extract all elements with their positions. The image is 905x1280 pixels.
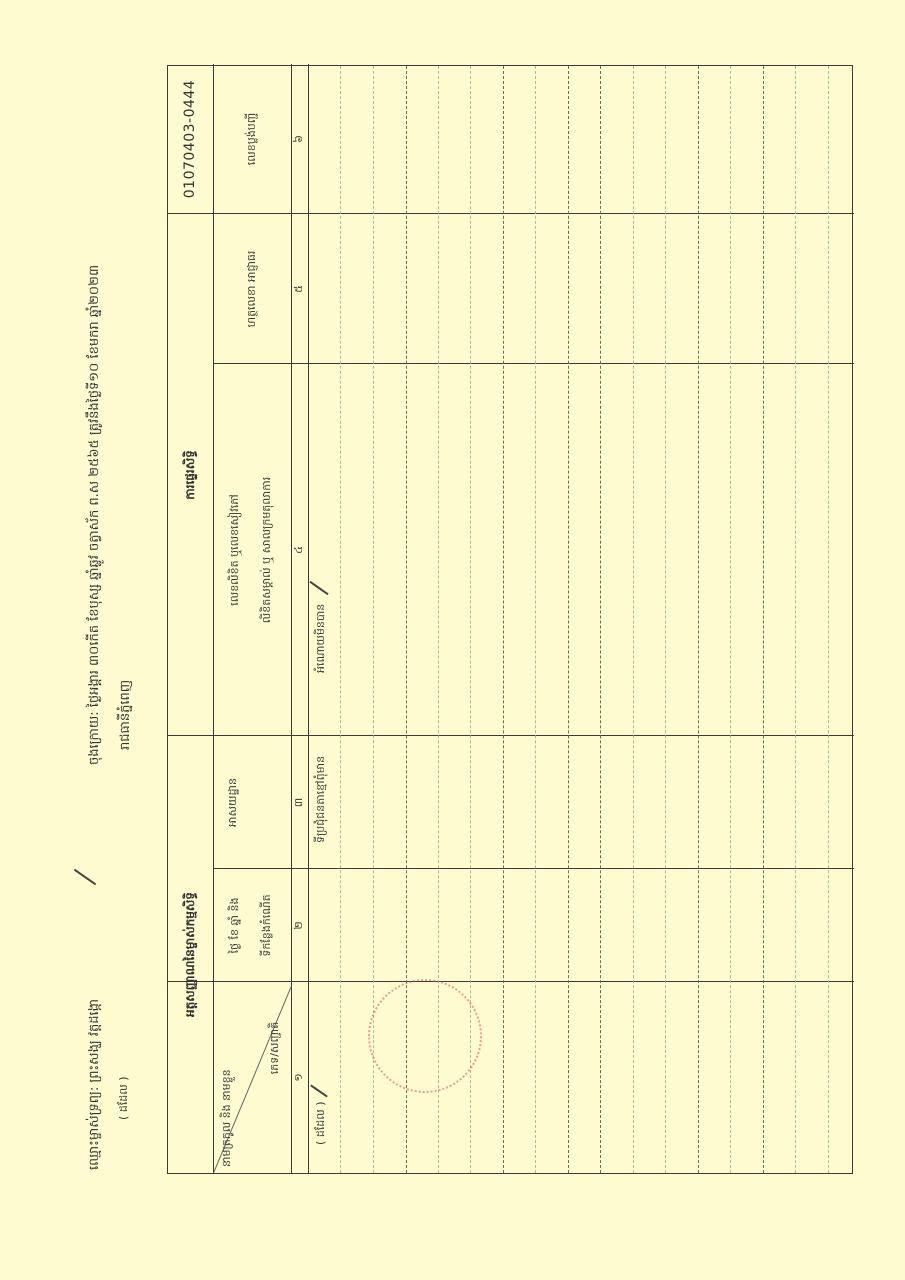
row1-col3-value: ទីប្រជុំជនតាខ្មៅពុំមាន	[314, 756, 330, 843]
col6-header-label: លេខប្លង់បញ្ជី	[213, 64, 291, 214]
row-rule	[535, 66, 536, 1173]
col5-header-label: ហត្ថលេខា អាជ្ញាធរ	[213, 214, 291, 364]
col4-header-sublabel: លិខិតសម្គាល់ ឬ សាលក្រមតុលាការ	[252, 364, 282, 736]
col3-number: ៣	[291, 736, 308, 869]
row-rule	[373, 66, 374, 1173]
group-header-owner-identity: អត្តសញ្ញាណនៃម្ចាស់កម្មសិទ្ធិ	[168, 736, 213, 1173]
row-rule	[340, 66, 341, 1173]
row-rule	[600, 66, 601, 1173]
handwritten-tick-mark	[310, 1084, 328, 1097]
ownership-table: អត្តសញ្ញាណនៃម្ចាស់កម្មសិទ្ធិ ការផ្ទេរសិទ…	[167, 65, 853, 1174]
header-owner-name-label: ឈ្មោះម្ចាស់ទ្រព្យ: ព្រះសង្ឃ វត្តដង្កោ	[86, 999, 105, 1170]
handwritten-tick-mark	[309, 581, 328, 595]
col1-header-sublabel: ភេទ/សញ្ជាតិ	[263, 983, 287, 1113]
header-same-note: ( ដដែល )	[117, 1076, 133, 1120]
document-page: ឈ្មោះម្ចាស់ទ្រព្យ: ព្រះសង្ឃ វត្តដង្កោ ចុ…	[0, 0, 905, 1280]
row1-col1-value: ( ដដែល )	[314, 1101, 330, 1145]
row-rule	[828, 66, 829, 1173]
header-city: រាជធានីភ្នំពេញ	[117, 680, 136, 750]
row-rule	[698, 66, 699, 1173]
col3-header-label: អាសយដ្ឋាន	[213, 736, 253, 869]
col1-header-label: នាមត្រកូល និង នាមខ្លួន	[216, 1047, 238, 1167]
col1-number: ១	[291, 982, 308, 1173]
col6-number: ៦	[291, 64, 308, 214]
header-date-line: ចុងក្រោយ: ថ្ងៃអង្គារ ៣០កើត ខែបុស្ស ឆ្នាំ…	[86, 265, 105, 765]
col4-number: ៤	[291, 364, 308, 736]
col5-number: ៥	[291, 214, 308, 364]
col2-header-label: ថ្ងៃ ខែ ឆ្នាំ និង	[220, 869, 250, 982]
col4-header-label: លេខលិខិត ឬលេខសៀវភៅ	[220, 364, 250, 736]
row-rule	[503, 66, 504, 1173]
document-number: 01070403-0444	[168, 64, 213, 214]
row-rule	[763, 66, 764, 1173]
row-rule	[730, 66, 731, 1173]
row-rule	[665, 66, 666, 1173]
group-header-transfer: ការផ្ទេរសិទ្ធិ	[168, 214, 213, 736]
row-rule	[568, 66, 569, 1173]
row1-col4-value: អំណោយមិនបាន	[314, 604, 330, 673]
col2-header-sublabel: ទីកន្លែងកំណើត	[252, 869, 282, 982]
row-rule	[795, 66, 796, 1173]
handwritten-tick-mark	[74, 869, 96, 886]
number-row-bottom	[308, 64, 309, 1173]
col2-number: ២	[291, 869, 308, 982]
red-stamp	[368, 979, 482, 1093]
row-rule	[633, 66, 634, 1173]
